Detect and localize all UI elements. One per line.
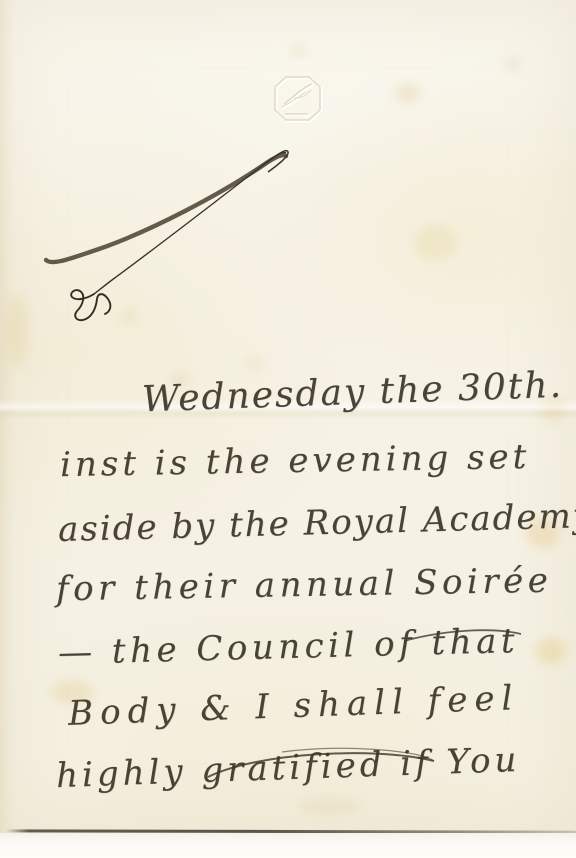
scanner-background — [0, 833, 576, 858]
letter-scan: Wednesday the 30th. inst is the evening … — [0, 0, 576, 858]
letter-paper-sheet: Wednesday the 30th. inst is the evening … — [0, 0, 576, 833]
letter-line-2: inst is the evening set — [60, 437, 531, 485]
